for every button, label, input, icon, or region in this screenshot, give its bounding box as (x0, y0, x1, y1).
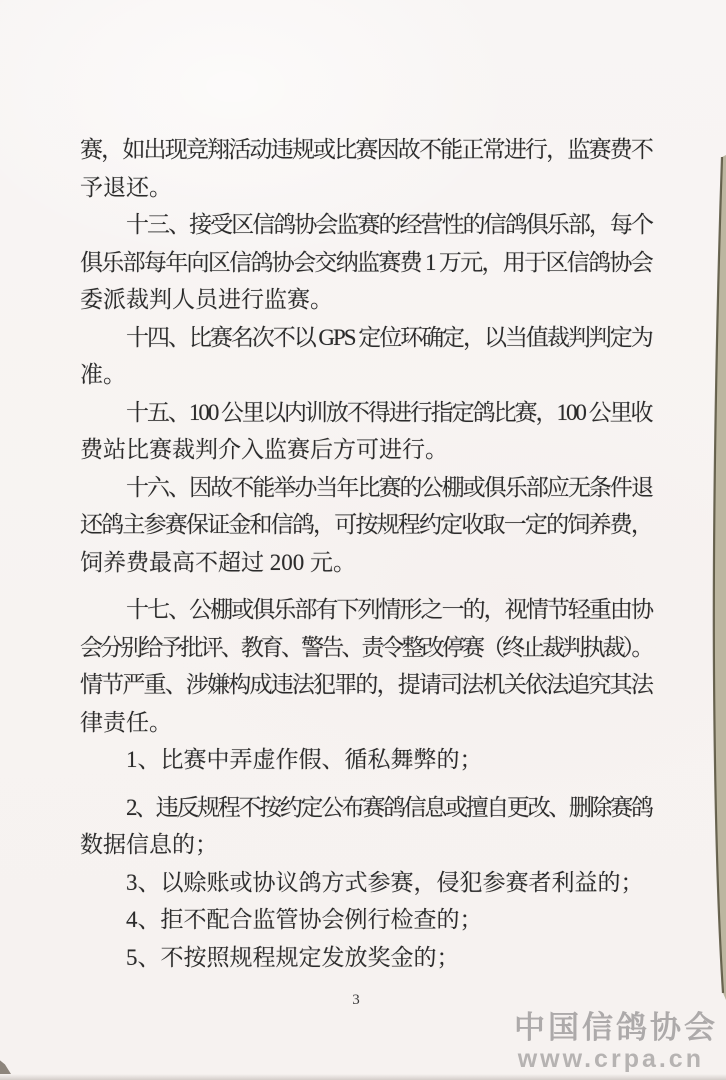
scan-corner-speck (0, 1058, 11, 1074)
doc-line: 会分别给予批评、教育、警告、责令整改停赛（终止裁判执裁）。 (80, 629, 652, 667)
doc-line: 十三、接受区信鸽协会监赛的经营性的信鸽俱乐部，每个 (80, 206, 652, 244)
doc-line: 予退还。 (80, 169, 652, 207)
doc-line: 4、拒不配合监管协会例行检查的； (80, 901, 652, 939)
doc-line: 饲养费最高不超过 200 元。 (80, 544, 652, 582)
watermark-website: www.crpa.cn (514, 1046, 718, 1072)
doc-line: 准。 (80, 356, 652, 394)
page-number: 3 (0, 992, 712, 1009)
doc-line: 赛，如出现竞翔活动违规或比赛因故不能正常进行，监赛费不 (80, 131, 652, 169)
document-body: 赛，如出现竞翔活动违规或比赛因故不能正常进行，监赛费不 予退还。 十三、接受区信… (80, 131, 652, 976)
doc-line: 1、比赛中弄虚作假、循私舞弊的； (80, 741, 652, 779)
doc-line: 3、以赊账或协议鸽方式参赛，侵犯参赛者利益的； (80, 864, 652, 902)
doc-line: 十七、公棚或俱乐部有下列情形之一的，视情节轻重由协 (80, 591, 652, 629)
watermark-org-name: 中国信鸽协会 (514, 1012, 718, 1045)
doc-line: 费站比赛裁判介入监赛后方可进行。 (80, 431, 652, 469)
doc-line: 2、违反规程不按约定公布赛鸽信息或擅自更改、删除赛鸽 (80, 789, 652, 827)
doc-line: 律责任。 (80, 704, 652, 742)
doc-line: 委派裁判人员进行监赛。 (80, 281, 652, 319)
watermark: 中国信鸽协会 www.crpa.cn (514, 1012, 718, 1072)
doc-line: 俱乐部每年向区信鸽协会交纳监赛费 1 万元，用于区信鸽协会 (80, 244, 652, 282)
doc-line: 十六、因故不能举办当年比赛的公棚或俱乐部应无条件退 (80, 469, 652, 507)
doc-line: 数据信息的； (80, 826, 652, 864)
doc-line: 还鸽主参赛保证金和信鸽，可按规程约定收取一定的饲养费， (80, 506, 652, 544)
scan-page-edge (712, 155, 726, 1000)
doc-line: 情节严重、涉嫌构成违法犯罪的，提请司法机关依法追究其法 (80, 666, 652, 704)
doc-line: 十五、100 公里以内训放不得进行指定鸽比赛，100 公里收 (80, 394, 652, 432)
scan-bottom-shadow (0, 1074, 726, 1080)
doc-line: 5、不按照规程规定发放奖金的； (80, 939, 652, 977)
doc-line: 十四、比赛名次不以 GPS 定位环确定，以当值裁判判定为 (80, 319, 652, 357)
